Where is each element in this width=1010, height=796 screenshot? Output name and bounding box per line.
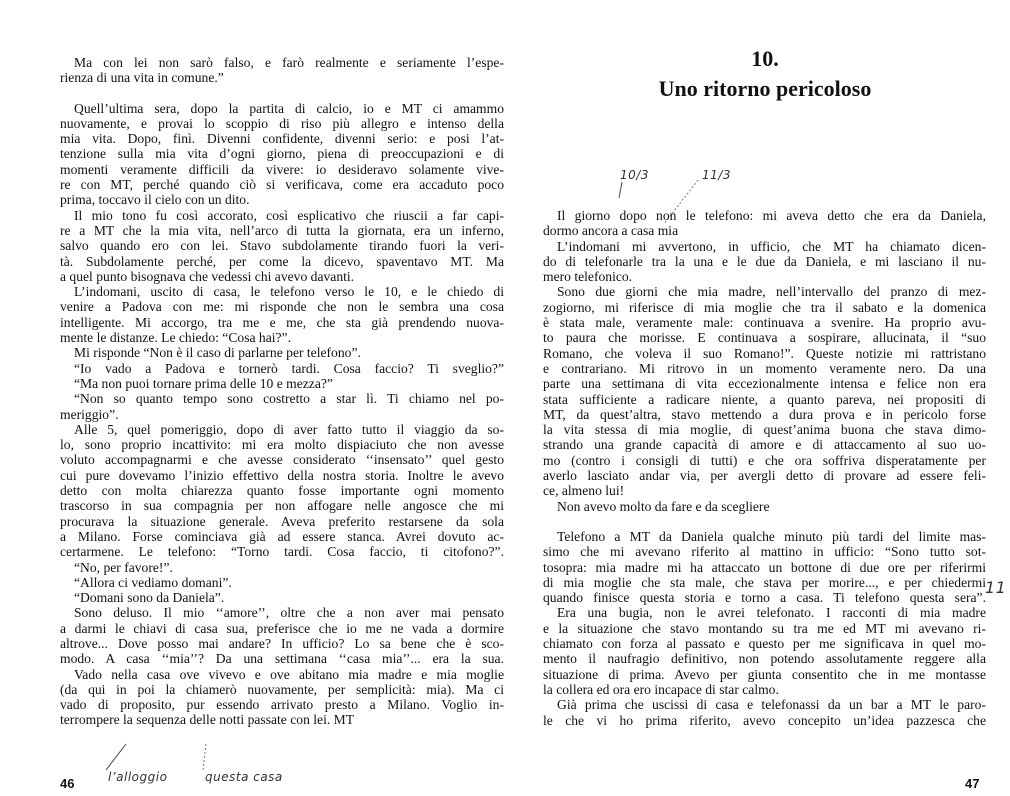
text-line: strando una grande capacità di amore e d…	[543, 437, 986, 452]
text-line: tà. Subdolamente perché, per come la dic…	[60, 254, 504, 269]
text-line: a Milano. Forse cominciava già ad essere…	[60, 529, 504, 544]
text-line: terrompere la sequenza delle notti passa…	[60, 712, 504, 727]
text-line: simo che mi avevano riferito al mattino …	[543, 544, 986, 559]
text-line: mia vita. Dopo, finì. Divenni confidente…	[60, 131, 504, 146]
text-line: dormo ancora a casa mia	[543, 223, 986, 238]
page-number: 47	[965, 776, 979, 791]
text-line: nuovamente, e provai lo scoppio di riso …	[60, 116, 504, 131]
text-line: “Allora ci vediamo domani”.	[60, 575, 504, 590]
annotation-stroke-icon	[100, 742, 130, 772]
text-line: re a MT che la mia vita, nell’arco di tu…	[60, 223, 504, 238]
text-line: MT, da quest’altra, stavo mettendo a dur…	[543, 407, 986, 422]
text-line: la vita stessa di mia moglie, di quest’a…	[543, 422, 986, 437]
text-line: rienza di una vita in comune.”	[60, 70, 504, 85]
text-line: intelligente. Mi accorgo, tra me e me, c…	[60, 315, 504, 330]
right-page-body: Il giorno dopo non le telefono: mi aveva…	[543, 208, 986, 728]
text-line: situazione di prima. Avevo per giunta co…	[543, 667, 986, 682]
text-line: tosopra: mia madre mi ha attaccato un bo…	[543, 560, 986, 575]
text-line: e contrariano. Mi ritrovo in un momento …	[543, 361, 986, 376]
handwritten-note-alloggio: l’alloggio	[108, 770, 167, 784]
text-line: Non avevo molto da fare e da scegliere	[543, 499, 986, 514]
text-line: Già prima che uscissi di casa e telefona…	[543, 697, 986, 712]
text-line: Quell’ultima sera, dopo la partita di ca…	[60, 101, 504, 116]
text-line: mero telefonico.	[543, 269, 986, 284]
text-line: Alle 5, quel pomeriggio, dopo di aver fa…	[60, 422, 504, 437]
text-line: mento il naufragio definitivo, non poten…	[543, 651, 986, 666]
text-line: quando finisce questa storia e torno a c…	[543, 590, 986, 605]
text-line: a quel punto bisognava che vedessi chi a…	[60, 269, 504, 284]
left-page-body: Ma con lei non sarò falso, e farò realme…	[60, 55, 504, 728]
text-line: prima, toccavo il cielo con un dito.	[60, 192, 504, 207]
annotation-stroke-icon	[616, 180, 626, 200]
text-line: certarmene. Le telefono: “Torno tardi. C…	[60, 544, 504, 559]
text-line: “Ma non puoi tornare prima delle 10 e me…	[60, 376, 504, 391]
text-line: le che vi ho prima riferito, avevo conce…	[543, 713, 986, 728]
text-line: è stata male, veramente male: continuava…	[543, 315, 986, 330]
text-line: e la situazione che stavo montando su tr…	[543, 621, 986, 636]
text-line: “No, per favore!”.	[60, 560, 504, 575]
text-line: vado di proposito, pur essendo arrivato …	[60, 697, 504, 712]
left-page: Ma con lei non sarò falso, e farò realme…	[0, 0, 520, 796]
text-line: “Io vado a Padova e tornerò tardi. Cosa …	[60, 361, 504, 376]
text-line: mo (contro i consigli di tutti) e che or…	[543, 453, 986, 468]
text-line: zogiorno, mi riferisce di mia moglie che…	[543, 300, 986, 315]
text-line: stata sufficiente a radicare niente, a q…	[543, 392, 986, 407]
handwritten-margin-note: 11	[985, 578, 1006, 597]
text-line: (da qui in poi la chiamerò nuovamente, p…	[60, 682, 504, 697]
text-line: venire a Padova con me: mi risponde che …	[60, 299, 504, 314]
text-line: Era una bugia, non le avrei telefonato. …	[543, 605, 986, 620]
text-line: cui pure dovevamo l’inizio effettivo del…	[60, 468, 504, 483]
text-line: Romano, che voleva il suo Romano!”. Ques…	[543, 346, 986, 361]
paragraph-gap	[543, 514, 986, 529]
text-line: Mi risponde “Non è il caso di parlarne p…	[60, 345, 504, 360]
text-line: Vado nella casa ove vivevo e ove abitano…	[60, 667, 504, 682]
text-line: a darmi le chiavi di casa sua, preferisc…	[60, 621, 504, 636]
text-line: Ma con lei non sarò falso, e farò realme…	[60, 55, 504, 70]
text-line: lo, sono proprio incattivito: mi era mol…	[60, 437, 504, 452]
paragraph-gap	[60, 86, 504, 101]
text-line: di mia moglie che sta male, che stava pe…	[543, 575, 986, 590]
text-line: Il mio tono fu così accorato, così espli…	[60, 208, 504, 223]
text-line: procurava la situazione generale. Aveva …	[60, 514, 504, 529]
text-line: trascorso in sua compagnia per non affog…	[60, 498, 504, 513]
text-line: L’indomani, uscito di casa, le telefono …	[60, 284, 504, 299]
text-line: “Non so quanto tempo sono costretto a st…	[60, 391, 504, 406]
text-line: altrove... Dove posso mai andare? In uff…	[60, 636, 504, 651]
chapter-title: Uno ritorno pericoloso	[520, 76, 1010, 102]
text-line: to paura che morisse. E continuava a sos…	[543, 330, 986, 345]
chapter-number: 10.	[520, 46, 1010, 72]
text-line: parte una settimana di vita eccezionalme…	[543, 376, 986, 391]
right-page: 10. Uno ritorno pericoloso 10/3 11/3 11 …	[520, 0, 1010, 796]
text-line: do di telefonarle tra la una e le due da…	[543, 254, 986, 269]
text-line: Il giorno dopo non le telefono: mi aveva…	[543, 208, 986, 223]
text-line: salvo quando ero con lei. Stavo subdolam…	[60, 238, 504, 253]
text-line: tenzione sulla mia vita d’ogni giorno, p…	[60, 146, 504, 161]
text-line: meriggio”.	[60, 407, 504, 422]
text-line: chiamato con forza al passato e questo p…	[543, 636, 986, 651]
handwritten-date-11-3: 11/3	[702, 168, 731, 182]
text-line: momenti veramente difficili da vivere: i…	[60, 162, 504, 177]
annotation-stroke-icon	[200, 742, 210, 772]
text-line: Sono deluso. Il mio ‘‘amore’’, oltre che…	[60, 605, 504, 620]
text-line: detto con molta chiarezza quanto fosse i…	[60, 483, 504, 498]
page-number: 46	[60, 776, 74, 791]
text-line: re con MT, perché quando ciò si verifica…	[60, 177, 504, 192]
text-line: la collera ed ora ero incapace di star c…	[543, 682, 986, 697]
text-line: voluto accompagnarmi e che avesse consid…	[60, 452, 504, 467]
text-line: “Domani sono da Daniela”.	[60, 590, 504, 605]
text-line: mente le distanze. Le chiedo: “Cosa hai?…	[60, 330, 504, 345]
text-line: averlo lasciato andar via, per avergli d…	[543, 468, 986, 483]
handwritten-note-questa-casa: questa casa	[205, 770, 283, 784]
text-line: Telefono a MT da Daniela qualche minuto …	[543, 529, 986, 544]
text-line: L’indomani mi avvertono, in ufficio, che…	[543, 239, 986, 254]
text-line: ce, almeno lui!	[543, 483, 986, 498]
text-line: Sono due giorni che mia madre, nell’inte…	[543, 284, 986, 299]
text-line: modo. A casa ‘‘mia’’? Da una settimana ‘…	[60, 651, 504, 666]
